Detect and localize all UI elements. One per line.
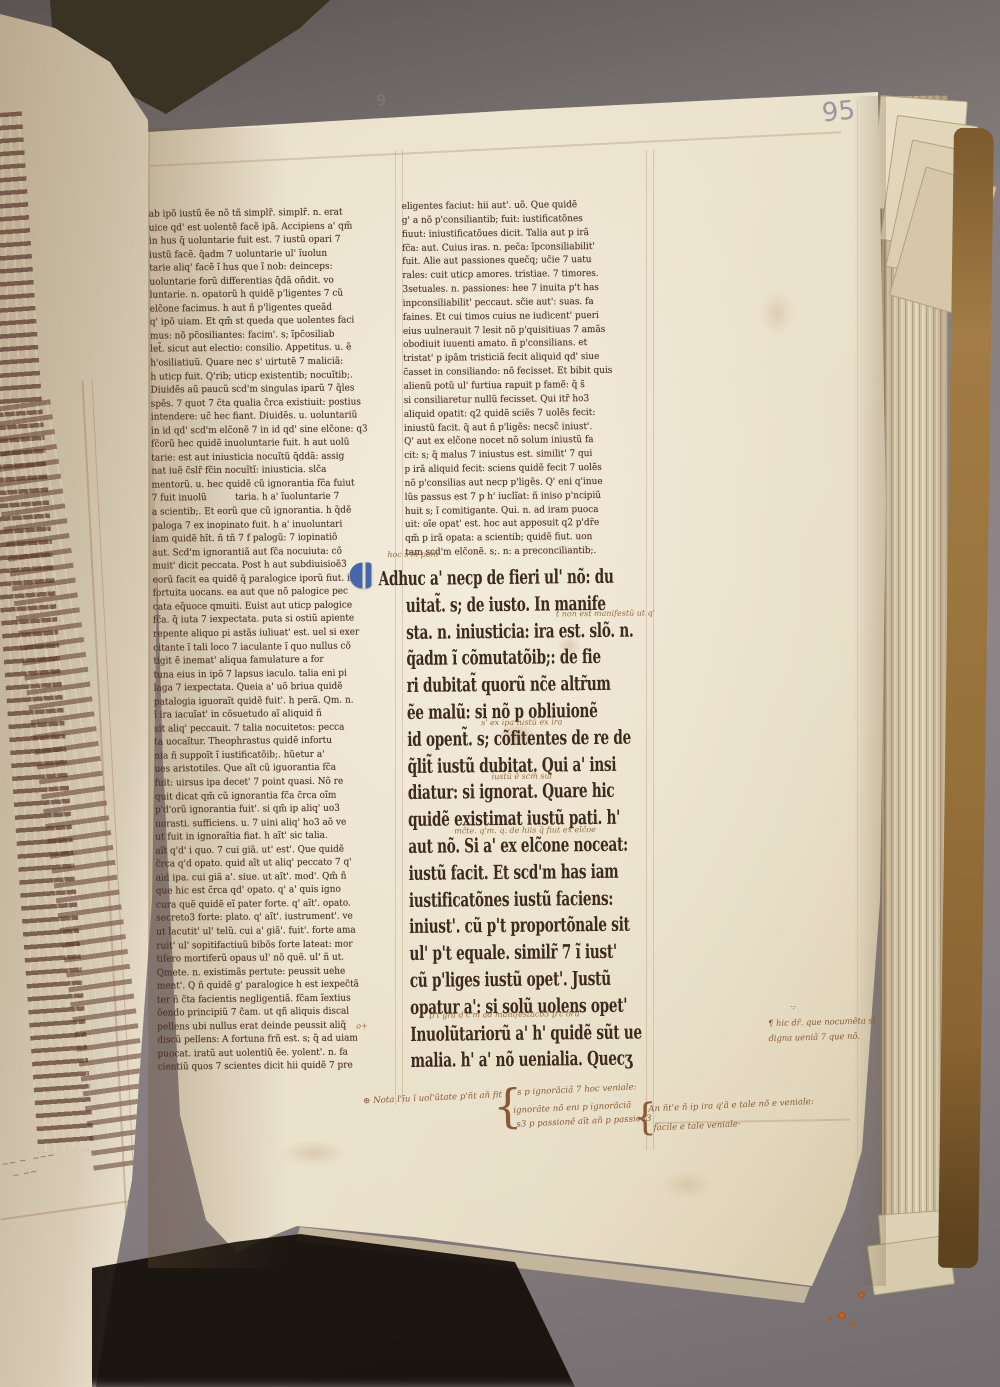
right-text-column-large: Adhuc a' necp de fieri ul' nõ: duuitat̃.… [405,563,662,1075]
interlinear-gloss: o+ [356,1021,368,1030]
text-line: tam scd'm elc̃onẽ. s;. n: a preconcilian… [405,544,641,560]
text-line: diatur: si ignorat. Quare hic [408,779,585,808]
text-line: iustificatõnes iustũ faciens: [409,886,586,915]
right-text-column-small: eligentes faciut: hii aut'. uõ. Que quid… [402,197,654,560]
bottom-annotation-line: s p ignorãciã 7 hoc veniale: [517,1082,637,1097]
interlinear-gloss: iustũ ẽ scm̃ sui [492,771,553,781]
left-text-column: ab ipõ iustũ ẽe nõ tñ simplr̃. simplr̃. … [149,205,404,1075]
margin-note-flourish: ·:· [790,1003,797,1011]
pencil-mark: 9 [376,93,387,110]
annotation-brace: { [493,1083,523,1129]
text-line: q̃adm ĩ cõmutatõib;: de fie [406,645,583,674]
text-line: Inuolũtariorũ a' h' quidẽ sũt ue [410,1020,587,1049]
interlinear-gloss: hoc s'm pom [387,550,438,560]
manuscript-photograph: ~~ ~ ~~~ ~ ~~ ab ipõ iustũ ẽe nõ tñ simp… [0,0,1000,1387]
bottom-annotation-line: ignorãte nõ eni p ignorãciã [513,1101,631,1116]
blue-paraph-initial [349,562,372,588]
text-line: iniust'. cũ p't proportõnale sit [409,912,586,941]
folio-number: 95 [821,95,857,128]
text-layer: ab ipõ iustũ ẽe nõ tñ simplr̃. simplr̃. … [0,0,1000,1387]
text-line: cũ p'liges iustũ opet'. Justũ [410,966,587,995]
interlinear-gloss: s' ex ipa iustũ ex ira [481,717,562,727]
text-line: ul' p't equale. similr̃ 7 ĩ iust' [409,939,586,968]
text-line: malia. h' a' nõ uenialia. Quecʒ [410,1046,587,1075]
text-line: Adhuc a' necp de fieri ul' nõ: du [378,564,574,593]
text-line: sta. n. iniusticia: ira est. slõ. n. [406,618,583,647]
interlinear-gloss: t non est manifestũ ut q' [556,608,655,618]
bottom-annotation-line: ⊕ Nota l'ĩu ĩ uol'ũtate p'ñt añ fit [363,1090,502,1106]
bottom-annotation-line: s3 p passionẽ aĩt añ p passioẽ3 [516,1114,651,1130]
margin-note: ¶ hic dr̃. que nocumẽta sĩdigna ueniã 7 … [768,1014,879,1046]
bottom-annotation-line: An ñt'e ñ ip ira q'ã e tale nõ e veniale… [648,1097,814,1115]
interlinear-gloss: p't gr̃a d'c'm ad manifestacõ3 p'c'orũ [429,1009,580,1020]
annotation-brace: { [633,1098,657,1135]
text-line: id opent̃. s; cõfitentes de re de [407,725,584,754]
margin-note-line: digna ueniã 7 que nõ. [768,1029,876,1046]
text-line: ri dubitat̃ quorũ nc̃e altr̃um [407,671,584,700]
text-line: cientiũ quos 7 scientes dicit hii quidẽ … [158,1059,392,1075]
bottom-annotation-line: facile e tale veniale· [653,1119,741,1133]
interlinear-gloss: mc̃te. q'm. q. de hiis q̃ fiut ex elc̃oe [454,825,596,835]
text-line: iustũ facit. Et scd'm has iam [409,859,586,888]
text-line: aut nõ. Si a' ex elc̃one noceat: [408,832,585,861]
